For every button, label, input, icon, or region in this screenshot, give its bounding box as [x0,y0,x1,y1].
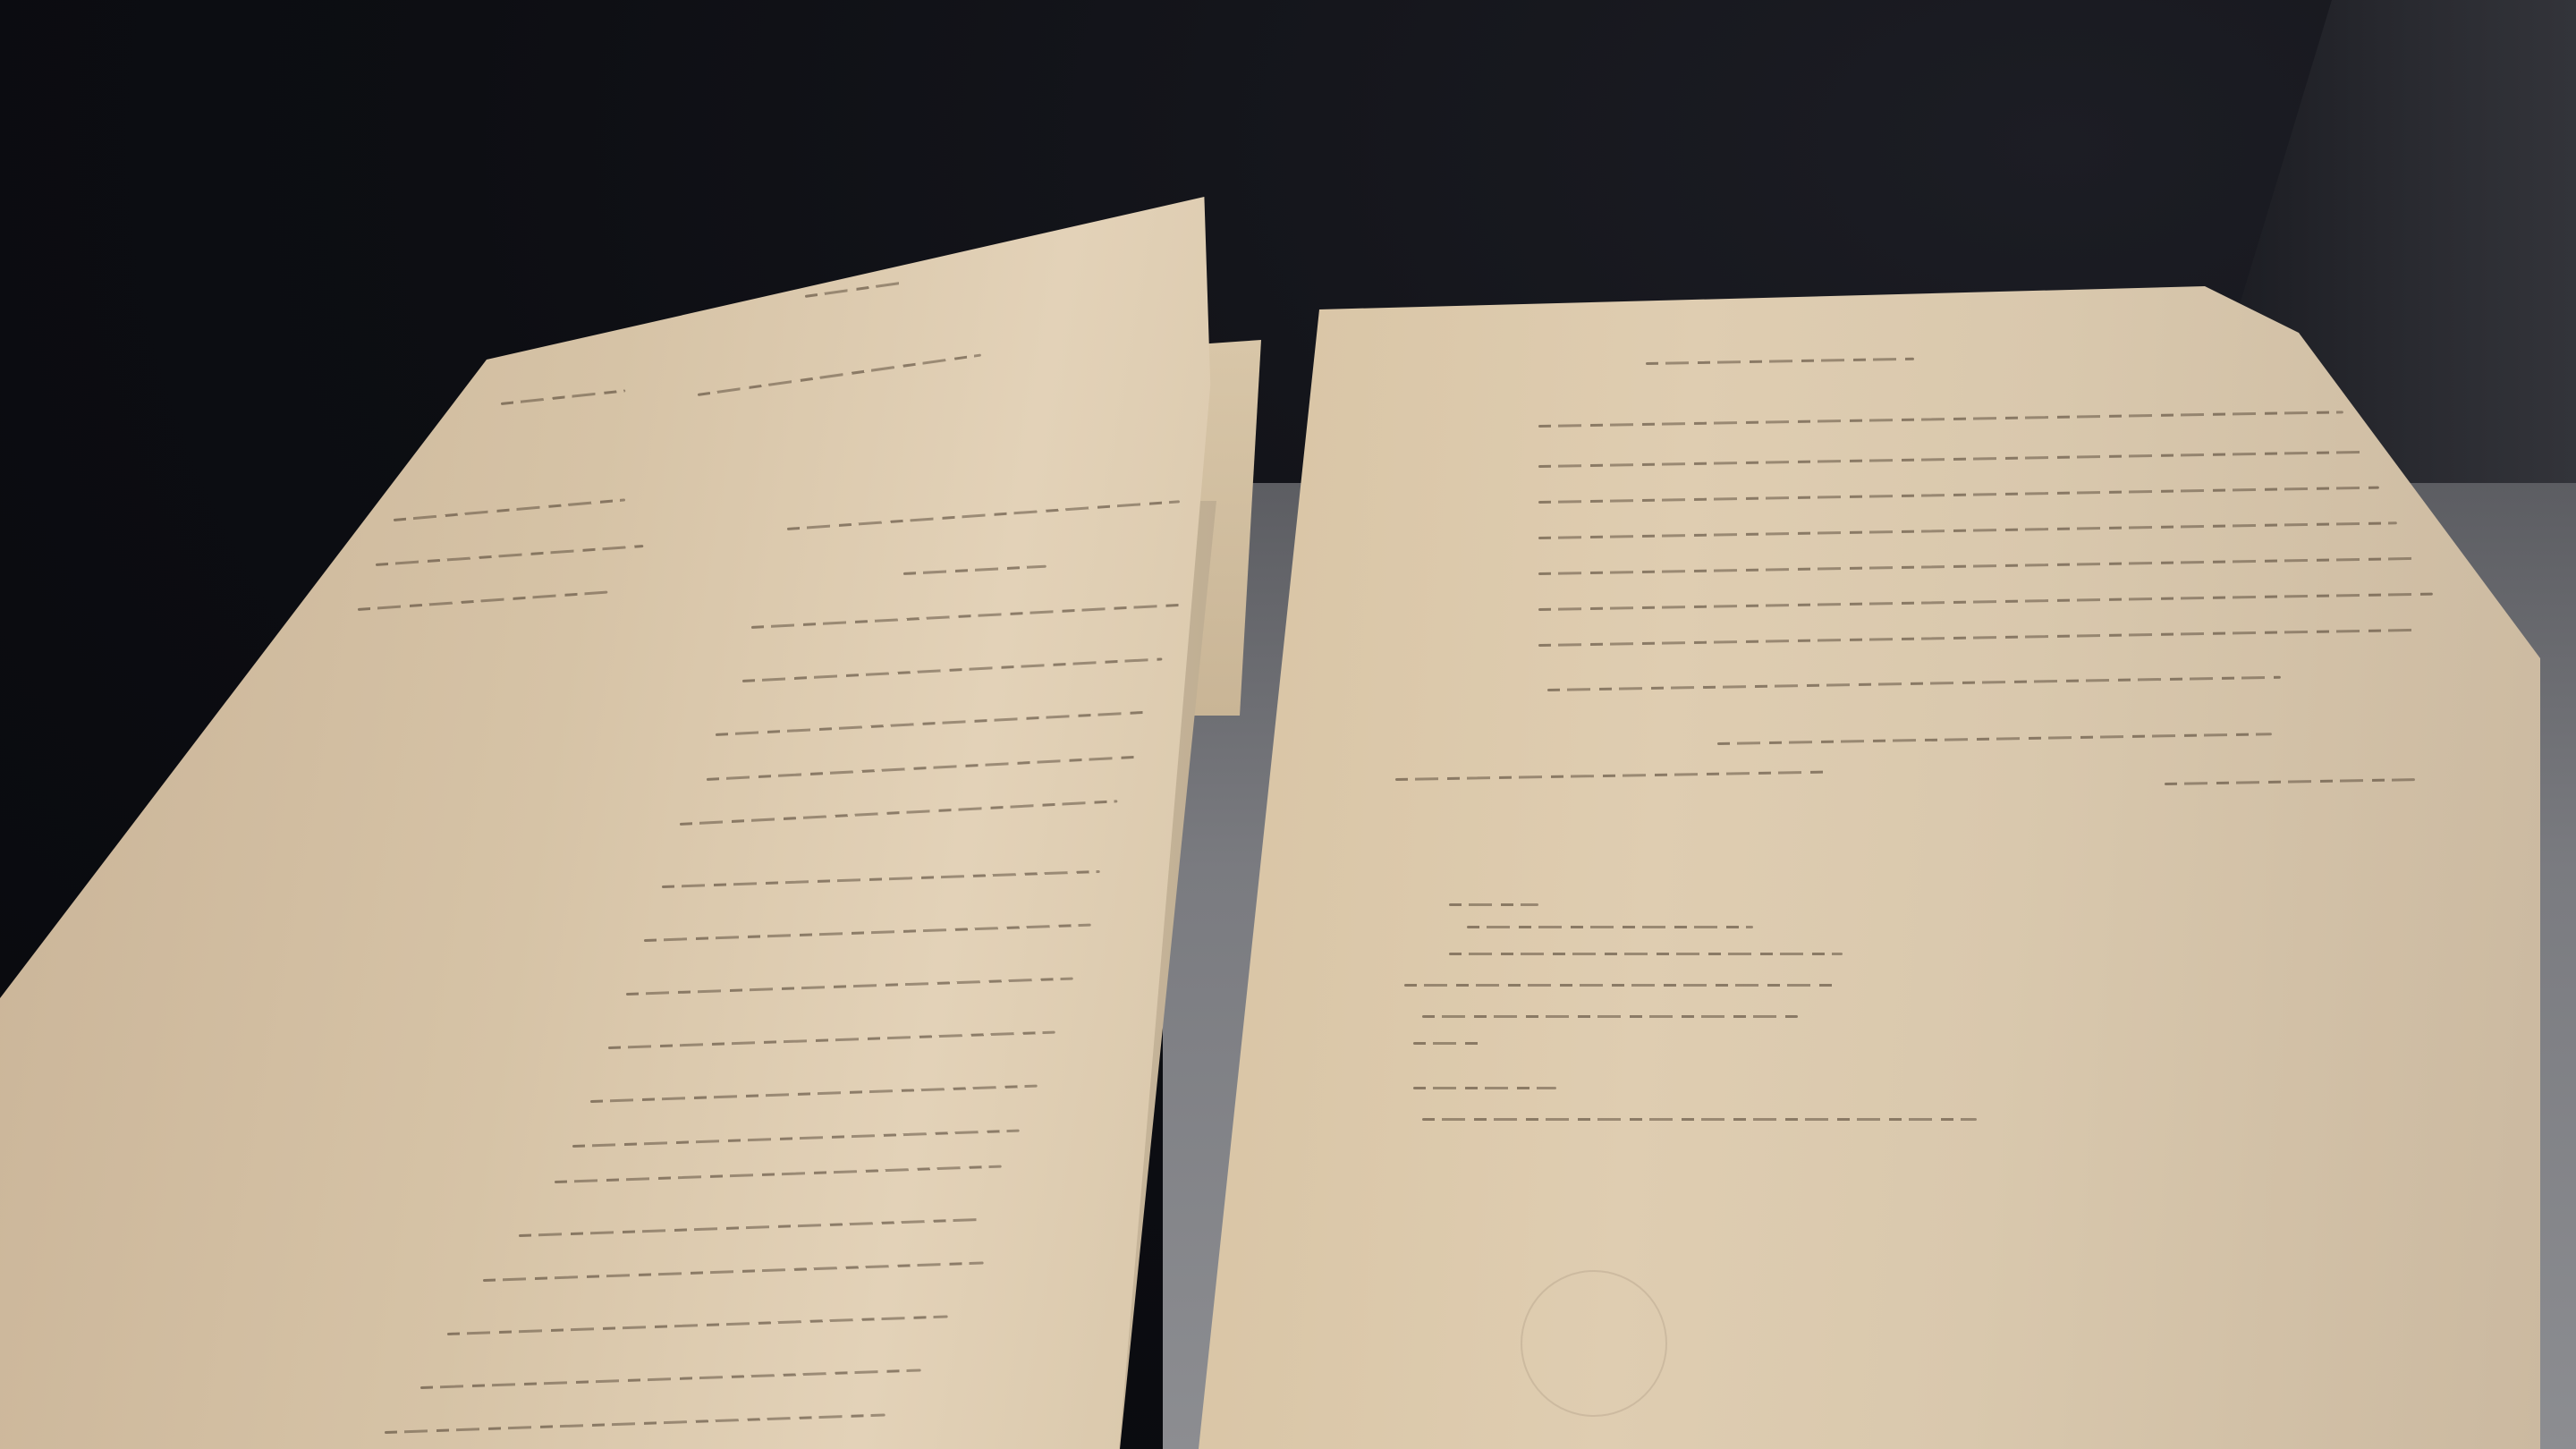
handwriting-note-line [1422,1118,1977,1121]
handwriting-note-line [1449,953,1843,955]
faint-stamp-circle [1521,1270,1667,1417]
handwriting-note-line [1467,926,1753,928]
handwriting-note-line [1422,1015,1798,1018]
handwriting-note-line [1449,903,1538,906]
handwriting-note-line [1404,984,1834,987]
handwriting-note-line [1413,1087,1556,1089]
handwriting-note-line [1413,1042,1485,1045]
